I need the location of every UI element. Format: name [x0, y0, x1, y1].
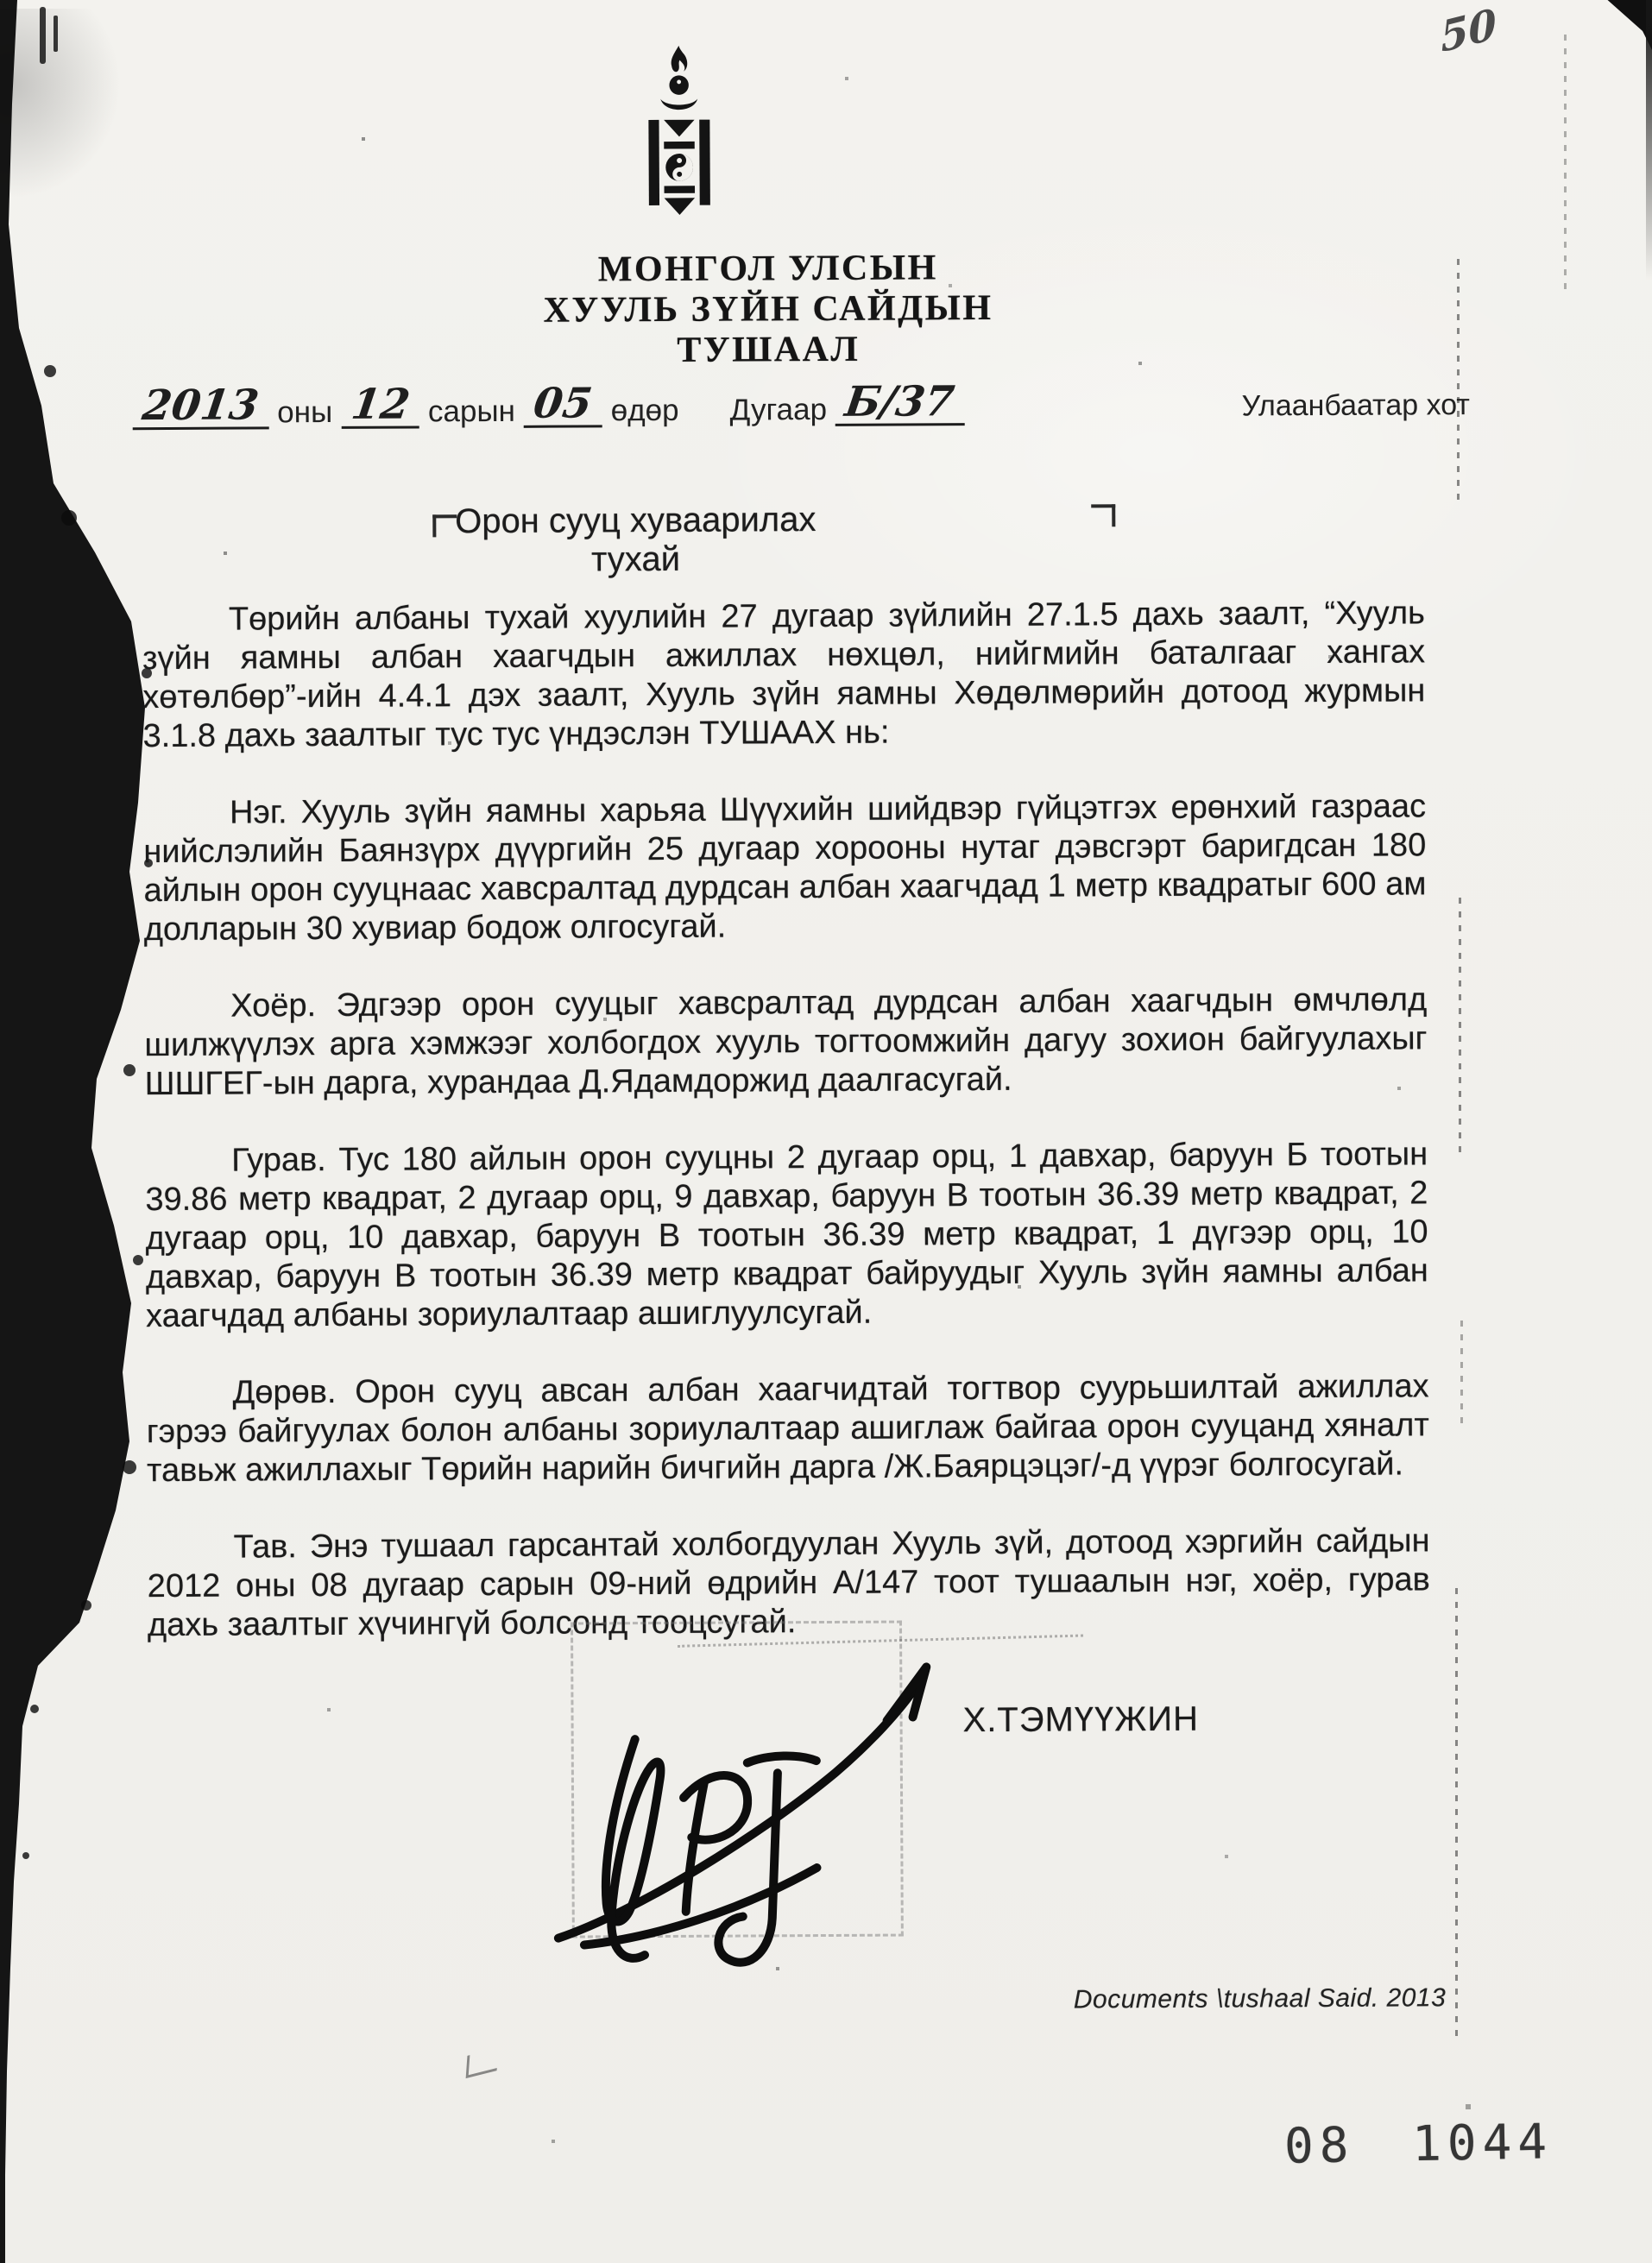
document-number-group: Дугаар Б/37	[729, 384, 973, 426]
clause-two-paragraph: Хоёр. Эдгээр орон сууцыг хавсралтад дурд…	[144, 980, 1428, 1104]
document-body: Төрийн албаны тухай хуулийн 27 дугаар зү…	[142, 594, 1431, 1683]
registration-stamp-number: 08 1044	[1283, 2114, 1553, 2174]
date-group: 2013 оны 12 сарын 05 өдөр	[123, 386, 678, 430]
crop-mark-right-icon	[1091, 504, 1115, 526]
scan-speckles	[0, 0, 2, 2]
number-label: Дугаар	[730, 393, 828, 428]
handwritten-month: 12	[349, 388, 411, 422]
handwritten-day: 05	[532, 386, 594, 420]
title-row: Орон сууц хуваарилах тухай	[0, 496, 1649, 557]
soyombo-emblem-icon	[641, 46, 716, 217]
day-label: өдөр	[611, 394, 679, 428]
clause-one-paragraph: Нэг. Хууль зүйн яамны харьяа Шүүхийн ший…	[143, 787, 1427, 949]
clause-three-paragraph: Гурав. Тус 180 айлын орон сууцны 2 дугаа…	[145, 1135, 1428, 1336]
preamble-paragraph: Төрийн албаны тухай хуулийн 27 дугаар зү…	[142, 594, 1426, 756]
document-title: Орон сууц хуваарилах тухай	[411, 501, 860, 581]
signature-scribble	[531, 1649, 964, 1997]
clause-four-paragraph: Дөрөв. Орон сууц авсан албан хаагчидтай …	[146, 1367, 1429, 1491]
month-label: сарын	[428, 394, 515, 430]
document-type: ТУШААЛ	[509, 329, 1027, 372]
document-header: МОНГОЛ УЛСЫН ХУУЛЬ ЗҮЙН САЙДЫН ТУШААЛ	[509, 248, 1028, 372]
org-name-line1: МОНГОЛ УЛСЫН	[509, 248, 1027, 291]
file-reference-note: Documents \tushaal Said. 2013	[1066, 1983, 1446, 2014]
handwritten-year: 2013	[141, 388, 261, 423]
signer-name: Х.ТЭМҮҮЖИН	[962, 1700, 1199, 1740]
org-name-line2: ХУУЛЬ ЗҮЙН САЙДЫН	[509, 288, 1027, 331]
year-label: оны	[277, 395, 332, 430]
dateline: 2013 оны 12 сарын 05 өдөр Дугаар Б/37 Ул…	[0, 381, 1649, 450]
city-label: Улаанбаатар хот	[1242, 388, 1471, 423]
scanned-document-page: 50 МОНГОЛ УЛСЫН ХУУЛЬ ЗҮЙ	[0, 0, 1652, 2263]
handwritten-document-number: Б/37	[843, 384, 956, 419]
